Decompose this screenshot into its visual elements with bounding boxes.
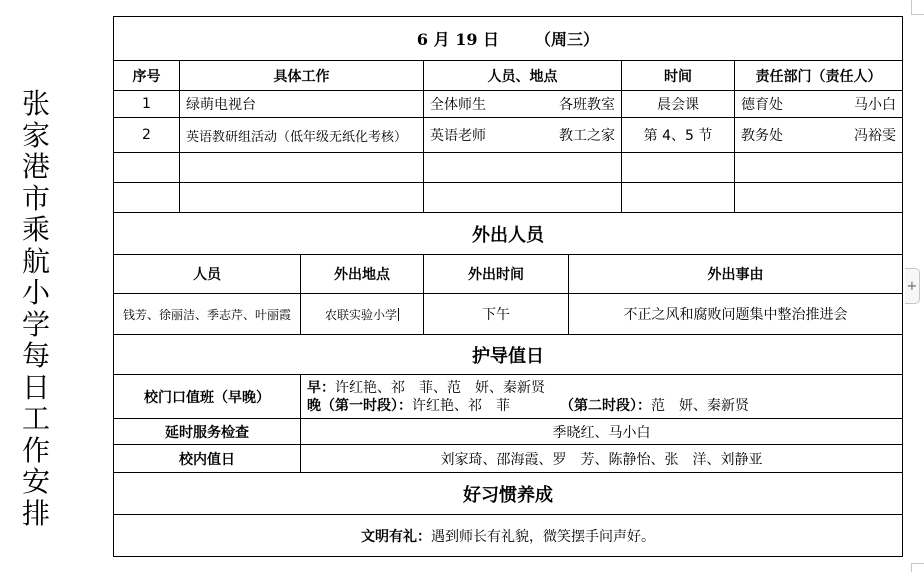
title-char: 市 bbox=[18, 183, 54, 215]
habit-section-title: 好习惯养成 bbox=[113, 472, 903, 515]
dept-text: 教务处 bbox=[741, 125, 783, 145]
empty-cell bbox=[113, 182, 180, 213]
weekday-text: （周三） bbox=[535, 27, 599, 50]
outing-header-reason: 外出事由 bbox=[568, 254, 903, 294]
people-place-cell: 英语老师 教工之家 bbox=[423, 117, 622, 153]
title-char: 每 bbox=[18, 340, 54, 372]
evening2-label: （第二时段）： bbox=[560, 398, 651, 414]
outing-place-text: 农联实验小学 bbox=[325, 306, 397, 323]
title-char: 家 bbox=[18, 120, 54, 152]
empty-cell bbox=[621, 182, 735, 213]
empty-cell bbox=[113, 152, 180, 183]
time-cell: 晨会课 bbox=[621, 90, 735, 118]
page-corner-mark bbox=[911, 563, 924, 572]
owner-text: 马小白 bbox=[854, 94, 896, 114]
gate-evening-line: 晚（第一时段）：许红艳、祁 菲（第二时段）：范 妍、秦新贤 bbox=[307, 397, 749, 415]
row-number: 2 bbox=[113, 117, 180, 153]
title-char: 港 bbox=[18, 151, 54, 183]
empty-cell bbox=[734, 182, 903, 213]
add-button[interactable]: + bbox=[905, 268, 920, 304]
col-header-people-place: 人员、地点 bbox=[423, 60, 622, 91]
empty-cell bbox=[179, 152, 424, 183]
people-text: 全体师生 bbox=[430, 94, 486, 114]
col-header-time: 时间 bbox=[621, 60, 735, 91]
title-char: 工 bbox=[18, 403, 54, 435]
place-text: 教工之家 bbox=[559, 125, 615, 145]
task-cell: 英语教研组活动（低年级无纸化考核） bbox=[179, 117, 424, 153]
title-char: 学 bbox=[18, 309, 54, 341]
campus-duty-label: 校内值日 bbox=[113, 444, 301, 473]
gate-morning-line: 早：许红艳、祁 菲、范 妍、秦新贤 bbox=[307, 379, 545, 397]
col-header-dept: 责任部门（责任人） bbox=[734, 60, 903, 91]
task-cell: 绿萌电视台 bbox=[179, 90, 424, 118]
dept-cell: 德育处 马小白 bbox=[734, 90, 903, 118]
col-header-task: 具体工作 bbox=[179, 60, 424, 91]
evening1-names: 许红艳、祁 菲 bbox=[412, 398, 510, 414]
empty-cell bbox=[734, 152, 903, 183]
title-char: 排 bbox=[18, 498, 54, 530]
date-header: 6 月 19 日 （周三） bbox=[113, 16, 903, 61]
title-char: 作 bbox=[18, 435, 54, 467]
place-text: 各班教室 bbox=[559, 94, 615, 114]
title-char: 航 bbox=[18, 246, 54, 278]
title-char: 小 bbox=[18, 277, 54, 309]
habit-text: 遇到师长有礼貌，微笑摆手问声好。 bbox=[431, 526, 655, 546]
morning-label: 早： bbox=[307, 380, 335, 396]
gate-duty-value: 早：许红艳、祁 菲、范 妍、秦新贤 晚（第一时段）：许红艳、祁 菲（第二时段）：… bbox=[300, 374, 903, 419]
outing-place[interactable]: 农联实验小学 bbox=[300, 293, 424, 335]
people-text: 英语老师 bbox=[430, 125, 486, 145]
date-text: 6 月 19 日 bbox=[417, 27, 499, 50]
evening1-label: 晚（第一时段）： bbox=[307, 398, 412, 414]
text-cursor bbox=[398, 308, 399, 321]
empty-cell bbox=[423, 152, 622, 183]
col-header-no: 序号 bbox=[113, 60, 180, 91]
title-char: 乘 bbox=[18, 214, 54, 246]
habit-label: 文明有礼： bbox=[361, 526, 431, 546]
outing-reason: 不正之风和腐败问题集中整治推进会 bbox=[568, 293, 903, 335]
habit-content: 文明有礼：遇到师长有礼貌，微笑摆手问声好。 bbox=[113, 514, 903, 557]
delay-service-label: 延时服务检查 bbox=[113, 418, 301, 445]
people-place-cell: 全体师生 各班教室 bbox=[423, 90, 622, 118]
title-char: 张 bbox=[18, 88, 54, 120]
campus-duty-value: 刘家琦、邵海霞、罗 芳、陈静怡、张 洋、刘静亚 bbox=[300, 444, 903, 473]
title-char: 日 bbox=[18, 372, 54, 404]
time-cell: 第 4、5 节 bbox=[621, 117, 735, 153]
dept-text: 德育处 bbox=[741, 94, 783, 114]
row-number: 1 bbox=[113, 90, 180, 118]
outing-header-time: 外出时间 bbox=[423, 254, 569, 294]
delay-service-value: 季晓红、马小白 bbox=[300, 418, 903, 445]
outing-section-title: 外出人员 bbox=[113, 212, 903, 255]
document-title: 张 家 港 市 乘 航 小 学 每 日 工 作 安 排 bbox=[18, 88, 54, 529]
dept-cell: 教务处 冯裕雯 bbox=[734, 117, 903, 153]
outing-people: 钱芳、徐丽洁、季志芹、叶丽霞 bbox=[113, 293, 301, 335]
outing-header-people: 人员 bbox=[113, 254, 301, 294]
empty-cell bbox=[621, 152, 735, 183]
outing-header-place: 外出地点 bbox=[300, 254, 424, 294]
empty-cell bbox=[423, 182, 622, 213]
duty-section-title: 护导值日 bbox=[113, 334, 903, 375]
evening2-names: 范 妍、秦新贤 bbox=[651, 398, 749, 414]
title-char: 安 bbox=[18, 466, 54, 498]
plus-icon: + bbox=[907, 279, 918, 294]
schedule-table: 6 月 19 日 （周三） 序号 具体工作 人员、地点 时间 责任部门（责任人）… bbox=[113, 16, 903, 557]
morning-names: 许红艳、祁 菲、范 妍、秦新贤 bbox=[335, 380, 545, 396]
empty-cell bbox=[179, 182, 424, 213]
owner-text: 冯裕雯 bbox=[854, 125, 896, 145]
page-corner-mark bbox=[911, 0, 924, 15]
outing-time: 下午 bbox=[423, 293, 569, 335]
gate-duty-label: 校门口值班（早晚） bbox=[113, 374, 301, 419]
